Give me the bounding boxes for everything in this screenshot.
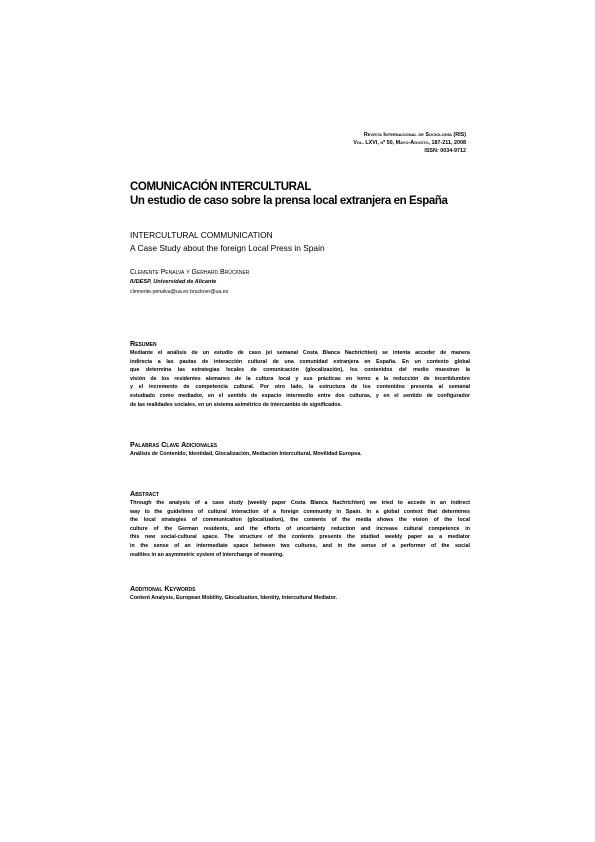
author-emails[interactable]: clemente.penalva@ua.es bruckner@ua.es xyxy=(130,287,249,297)
title-en-main: INTERCULTURAL COMMUNICATION xyxy=(130,229,325,242)
abstract-line: realities in an asymmetric system of int… xyxy=(130,551,470,560)
author-affiliation: IUDESP, Universidad de Alicante xyxy=(130,278,249,287)
resumen-section: Resumen Mediante el análisis de un estud… xyxy=(130,339,470,409)
additional-keywords-text: Content Analysis, European Mobility, Glo… xyxy=(130,594,470,603)
journal-issn: ISSN: 0034-9712 xyxy=(353,147,466,155)
english-title-block: INTERCULTURAL COMMUNICATION A Case Study… xyxy=(130,229,325,255)
resumen-text: Mediante el análisis de un estudio de ca… xyxy=(130,349,470,409)
resumen-line: indirecta a las pautas de interacción cu… xyxy=(130,358,470,367)
abstract-line: the local strategies of communication (g… xyxy=(130,516,470,525)
abstract-section: Abstract Through the analysis of a case … xyxy=(130,489,470,559)
abstract-line: this new social-cultural space. The stru… xyxy=(130,533,470,542)
authors-block: Clemente Penalva y Gerhard Brückner IUDE… xyxy=(130,267,249,297)
journal-header: Revista Internacional de Sociología (RIS… xyxy=(353,131,466,155)
resumen-line: de las realidades sociales, en un sistem… xyxy=(130,401,470,410)
abstract-text: Through the analysis of a case study (we… xyxy=(130,499,470,559)
resumen-line: estudiado como mediador, en el sentido d… xyxy=(130,392,470,401)
palabras-clave-text: Análisis de Contenido, Identidad, Glocal… xyxy=(130,450,470,459)
resumen-line: que determina las estrategias locales de… xyxy=(130,366,470,375)
resumen-line: Mediante el análisis de un estudio de ca… xyxy=(130,349,470,358)
palabras-clave-section: Palabras Clave Adicionales Análisis de C… xyxy=(130,440,470,459)
resumen-line: visión de los residentes alemanes de la … xyxy=(130,375,470,384)
abstract-line: Through the analysis of a case study (we… xyxy=(130,499,470,508)
additional-keywords-heading: Additional Keywords xyxy=(130,584,470,594)
palabras-clave-line: Análisis de Contenido, Identidad, Glocal… xyxy=(130,450,470,459)
abstract-line: culture of the German residents, and the… xyxy=(130,525,470,534)
journal-volume: Vol. LXVI, nº 50, Mayo-Agosto, 187-211, … xyxy=(353,139,466,147)
title-es-sub: Un estudio de caso sobre la prensa local… xyxy=(130,194,470,208)
abstract-heading: Abstract xyxy=(130,489,470,499)
journal-name: Revista Internacional de Sociología (RIS… xyxy=(353,131,466,139)
resumen-line: y el incremento de competencia cultural.… xyxy=(130,383,470,392)
palabras-clave-heading: Palabras Clave Adicionales xyxy=(130,440,470,450)
title-es-main: COMUNICACIÓN INTERCULTURAL xyxy=(130,180,470,194)
spanish-title-block: COMUNICACIÓN INTERCULTURAL Un estudio de… xyxy=(130,180,470,208)
title-en-sub: A Case Study about the foreign Local Pre… xyxy=(130,242,325,255)
resumen-heading: Resumen xyxy=(130,339,470,349)
additional-keywords-line: Content Analysis, European Mobility, Glo… xyxy=(130,594,470,603)
abstract-line: way to the guidelines of cultural intera… xyxy=(130,508,470,517)
additional-keywords-section: Additional Keywords Content Analysis, Eu… xyxy=(130,584,470,603)
abstract-line: in the sense of an intermediate space be… xyxy=(130,542,470,551)
author-names: Clemente Penalva y Gerhard Brückner xyxy=(130,267,249,278)
